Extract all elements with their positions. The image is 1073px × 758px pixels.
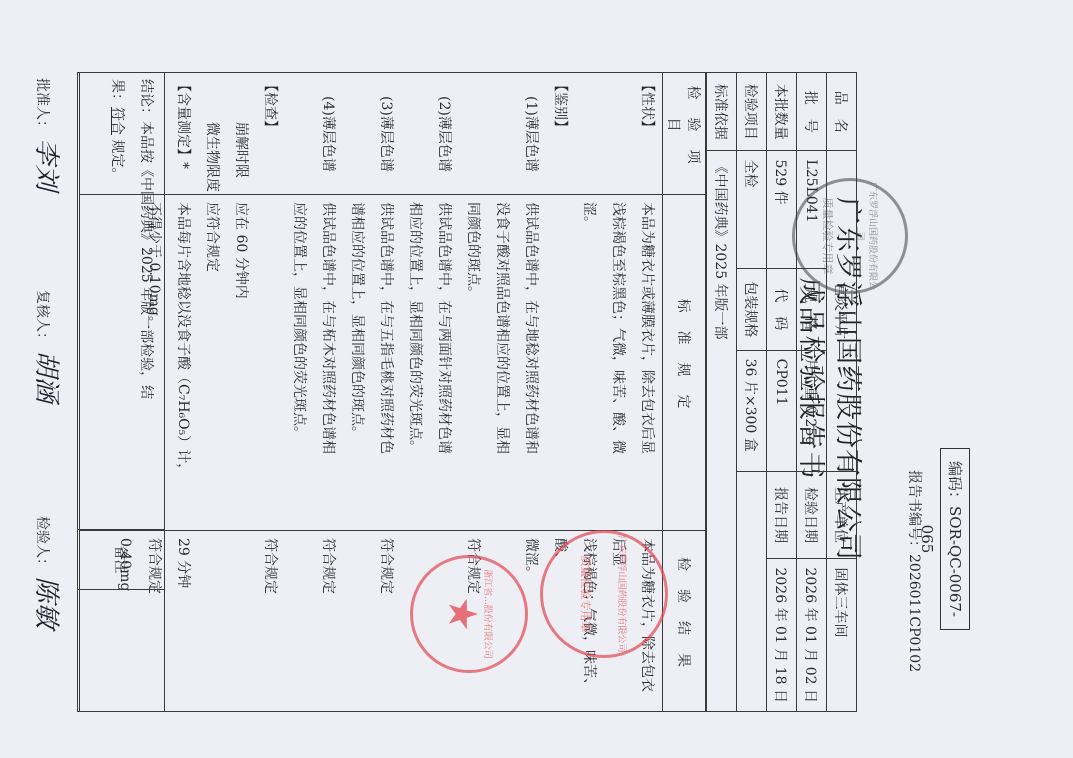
standard-text: 应的位置上，显相同颜色的荧光斑点。 (284, 196, 313, 529)
standard-text: 本品为糖衣片或薄膜衣片，除去包衣后显 (632, 196, 661, 529)
standard-text: 供试品色谱中，在与五指毛桃对照药材色 (371, 196, 400, 529)
result-text: 符合规定 (458, 532, 487, 710)
producer-value: 固体三车间 (827, 559, 857, 712)
test-results-table: 检验项目 标准规定 检验结果 【性状】 【鉴别】(1)薄层色谱 (2)薄层色谱 … (79, 72, 706, 712)
standard-text: 供试品色谱中，在与地稔对照药材色谱和 (516, 196, 545, 529)
quantity-value: 529 件 (767, 151, 797, 269)
standard-label: 标准依据 (707, 73, 737, 151)
reviewer-signature-mark: 胡涵 (31, 350, 61, 402)
standard-text: 本品每片含地稔以没食子酸（C₇H₆O₅）计， (168, 196, 197, 529)
product-info-table: 品 名 宫炎平片 生产单位 固体三车间 批 号 L25L041 规 格 片心重 … (706, 72, 857, 712)
product-name-label: 品 名 (827, 73, 857, 151)
test-item-label: 检验项目 (737, 73, 767, 151)
test-item (400, 74, 429, 193)
report-number-value: 2026011CP0102 (906, 554, 922, 672)
test-item: (2)薄层色谱 (429, 74, 458, 193)
inspector-label: 检验人： (34, 516, 50, 572)
spec-value: 片心重 0.25g (797, 350, 827, 471)
results-column: 本品为糖衣片，除去包衣后显浅棕褐色；气微，味苦、酸、微涩。 符合规定 符合规定 … (80, 531, 663, 712)
package-value: 36 片×300 盒 (737, 350, 767, 471)
test-item: (3)薄层色谱 (371, 74, 400, 193)
result-text (342, 532, 371, 710)
producer-label: 生产单位 (827, 471, 857, 559)
code-value-cell: CP011 (767, 350, 797, 471)
batch-value: L25L041 (797, 151, 827, 269)
test-item-row: 检验项目 全检 包装规格 36 片×300 盒 (737, 73, 767, 712)
result-text (226, 532, 255, 710)
inspection-report-page: 广东罗浮山国药股份有限公司 成品检验报告书 编码：SOR-QC-0067-065… (0, 0, 1073, 758)
standard-text: 涩。 (574, 196, 603, 529)
column-header-row: 检验项目 标准规定 检验结果 (663, 73, 706, 712)
standard-value: 《中国药典》2025 年版一部 (707, 151, 737, 712)
result-text: 符合规定 (371, 532, 400, 710)
section-heading: 【性状】 (632, 74, 661, 193)
quantity-label: 本批数量 (767, 73, 797, 151)
column-header-item: 检验项目 (663, 73, 706, 195)
report-date-value: 2026 年 01 月 18 日 (767, 559, 797, 712)
section-heading: 【检查】 (255, 74, 284, 193)
quantity-row: 本批数量 529 件 代 码 CP011 报告日期 2026 年 01 月 18… (767, 73, 797, 712)
section-heading: 【鉴别】 (545, 74, 574, 193)
result-text: 29 分钟 (168, 532, 197, 710)
reviewer-label: 复核人： (34, 290, 50, 346)
approver-signature-mark: 李刘 (31, 138, 61, 190)
standard-row: 标准依据 《中国药典》2025 年版一部 (707, 73, 737, 712)
code-label: 编码： (946, 461, 964, 506)
reviewer-signature: 复核人： 胡涵 (30, 290, 67, 402)
column-header-standard: 标准规定 (663, 195, 706, 531)
result-text (429, 532, 458, 710)
result-text: 符合规定 (313, 532, 342, 710)
spacer (545, 196, 574, 529)
test-item: 微生物限度 (197, 74, 226, 193)
test-date-label: 检验日期 (797, 471, 827, 559)
conclusion-result: 符合 (109, 107, 125, 135)
report-number-label: 报告书编号： (906, 470, 922, 554)
standard-text: 同颜色的斑点。 (458, 196, 487, 529)
product-name-value: 宫炎平片 (827, 151, 857, 471)
spacer (255, 196, 284, 529)
standard-text: 没食子酸对照品色谱相应的位置上，显相 (487, 196, 516, 529)
document-code-box: 编码：SOR-QC-0067-065 (940, 448, 970, 630)
standard-text: 浅棕褐色至棕黑色；气微，味苦、酸、微 (603, 196, 632, 529)
test-item (342, 74, 371, 193)
result-text: 本品为糖衣片，除去包衣后显 (603, 532, 661, 710)
batch-row: 批 号 L25L041 规 格 片心重 0.25g 检验日期 2026 年 01… (797, 73, 827, 712)
test-date-value: 2026 年 01 月 02 日 (797, 559, 827, 712)
inspector-signature: 检验人： 陈敏 (30, 516, 67, 628)
test-item: 崩解时限 (226, 74, 255, 193)
test-item-value: 全检 (737, 151, 767, 269)
result-text (284, 532, 313, 710)
package-label: 包装规格 (737, 269, 767, 351)
empty-cell (737, 471, 767, 711)
results-body-row: 【性状】 【鉴别】(1)薄层色谱 (2)薄层色谱 (3)薄层色谱 (4)薄层色谱… (80, 73, 663, 712)
report-number: 报告书编号：2026011CP0102 (905, 470, 925, 672)
conclusion-box: 结论：本品按《中国药典》2025 年版一部检验，结 果：符合 规定。 (77, 72, 165, 530)
result-text (400, 532, 429, 710)
test-item (458, 74, 487, 193)
test-item: (4)薄层色谱 (313, 74, 342, 193)
approver-signature: 批准人： 李刘 (30, 78, 67, 190)
result-text: 微涩。 (516, 532, 545, 710)
spec-label: 规 格 (797, 269, 827, 351)
inspector-signature-mark: 陈敏 (31, 576, 61, 628)
conclusion-line-2: 果：符合 规定。 (102, 79, 131, 523)
test-item (284, 74, 313, 193)
remarks-label: 备注 (77, 530, 165, 590)
section-heading: 【含量测定】* (168, 74, 197, 193)
result-text: 浅棕褐色；气微，味苦、酸、 (545, 532, 603, 710)
standard-text: 谱相应的位置上，显相同颜色的斑点。 (342, 196, 371, 529)
spacer (487, 532, 516, 710)
batch-label: 批 号 (797, 73, 827, 151)
spacer (197, 532, 226, 710)
conclusion-prefix: 果： (109, 79, 125, 107)
test-item: (1)薄层色谱 (516, 74, 545, 193)
standard-text: 应在 60 分钟内 (226, 196, 255, 529)
report-date-label: 报告日期 (767, 471, 797, 559)
standard-text: 相应的位置上，显相同颜色的荧光斑点。 (400, 196, 429, 529)
items-column: 【性状】 【鉴别】(1)薄层色谱 (2)薄层色谱 (3)薄层色谱 (4)薄层色谱… (80, 73, 663, 195)
conclusion-suffix: 规定。 (109, 135, 125, 181)
standard-text: 供试品色谱中，在与柘木对照药材色谱相 (313, 196, 342, 529)
test-item (487, 74, 516, 193)
spacer (574, 74, 603, 193)
approver-label: 批准人： (34, 78, 50, 134)
conclusion-line-1: 结论：本品按《中国药典》2025 年版一部检验，结 (131, 79, 160, 523)
standard-text: 应符合规定 (197, 196, 226, 529)
code-label-cell: 代 码 (767, 269, 797, 351)
spacer (603, 74, 632, 193)
column-header-result: 检验结果 (663, 531, 706, 712)
result-text: 符合规定 (255, 532, 284, 710)
product-name-row: 品 名 宫炎平片 生产单位 固体三车间 (827, 73, 857, 712)
remarks-value (77, 590, 165, 712)
standards-column: 本品为糖衣片或薄膜衣片，除去包衣后显浅棕褐色至棕黑色；气微，味苦、酸、微涩。 供… (80, 195, 663, 531)
standard-text: 供试品色谱中，在与两面针对照药材色谱 (429, 196, 458, 529)
